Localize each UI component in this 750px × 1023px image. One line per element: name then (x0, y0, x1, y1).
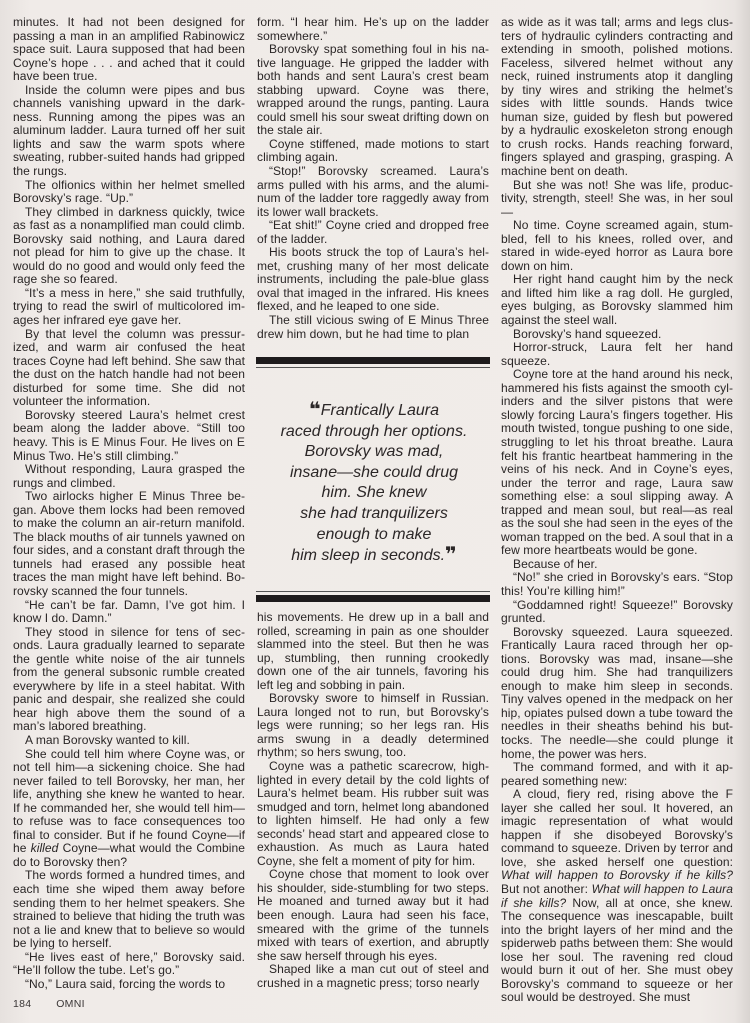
magazine-page: minutes. It had not been designed for pa… (0, 0, 750, 1023)
magazine-name: OMNI (56, 998, 85, 1010)
paragraph: “Eat shit!” Coyne cried and dropped free… (257, 219, 489, 246)
emphasis: killed (31, 841, 59, 855)
paragraph: Without responding, Laura grasped the ru… (13, 463, 245, 490)
paragraph: Two airlocks higher E Minus Three be­gan… (13, 490, 245, 598)
rule-thick (256, 595, 490, 602)
text-run: She could tell him where Coyne was, or n… (13, 747, 245, 856)
paragraph-with-italic: She could tell him where Coyne was, or n… (13, 748, 245, 870)
paragraph: “He lives east of here,” Borovsky said. … (13, 951, 245, 978)
rule-thin (256, 367, 490, 368)
paragraph: Coyne chose that moment to look over his… (257, 868, 489, 963)
page-folio: 184 OMNI (13, 998, 85, 1010)
paragraph: form. “I hear him. He’s up on the ladder… (257, 16, 489, 43)
paragraph: “No!” she cried in Borovsky’s ears. “Sto… (501, 571, 733, 598)
pull-quote-line: Borovsky was mad, (258, 442, 490, 463)
pull-quote-line: insane—she could drug (258, 463, 490, 484)
page-number: 184 (13, 998, 53, 1010)
paragraph: By that level the column was pressur­ize… (13, 328, 245, 409)
pull-quote-top-rule (256, 357, 490, 369)
rule-thin (256, 591, 490, 592)
paragraph: minutes. It had not been designed for pa… (13, 16, 245, 84)
paragraph: Because of her. (501, 558, 733, 572)
text-column-2: form. “I hear him. He’s up on the ladder… (257, 16, 489, 341)
paragraph: The olfionics within her helmet smelled … (13, 179, 245, 206)
paragraph: Borovsky’s hand squeezed. (501, 328, 733, 342)
paragraph: Borovsky spat something foul in his na­t… (257, 43, 489, 138)
paragraph: his movements. He drew up in a ball and … (257, 611, 489, 692)
paragraph: Horror-struck, Laura felt her hand squee… (501, 341, 733, 368)
paragraph: Inside the column were pipes and bus cha… (13, 84, 245, 179)
emphasis: What will happen to Borovsky if he kills… (501, 868, 733, 882)
paragraph: Coyne stiffened, made motions to start c… (257, 138, 489, 165)
paragraph: No time. Coyne screamed again, stum­bled… (501, 219, 733, 273)
text-column-1: minutes. It had not been designed for pa… (13, 16, 245, 991)
open-quote-icon: ❝ (309, 399, 321, 421)
pull-quote-line: him sleep in seconds.❞ (258, 545, 490, 567)
paragraph: Borovsky squeezed. Laura squeezed. Frant… (501, 626, 733, 761)
pull-quote-line: him. She knew (258, 483, 490, 504)
paragraph-with-italic: A cloud, fiery red, rising above the F l… (501, 788, 733, 1005)
paragraph: Her right hand caught him by the neck an… (501, 273, 733, 327)
pull-quote-line: raced through her options. (258, 422, 490, 443)
paragraph: Borovsky swore to himself in Russian. La… (257, 692, 489, 760)
paragraph: They climbed in darkness quickly, twice … (13, 206, 245, 287)
paragraph: His boots struck the top of Laura’s hel­… (257, 246, 489, 314)
paragraph: But she was not! She was life, produc­ti… (501, 179, 733, 220)
paragraph: The still vicious swing of E Minus Three… (257, 314, 489, 341)
pull-quote-line: ❝Frantically Laura (258, 400, 490, 422)
paragraph: A man Borovsky wanted to kill. (13, 734, 245, 748)
pull-quote-line: she had tranquilizers (258, 504, 490, 525)
pull-quote-text: Frantically Laura (321, 402, 439, 419)
paragraph: “No,” Laura said, forcing the words to (13, 978, 245, 992)
text-run: A cloud, fiery red, rising above the F l… (501, 787, 733, 869)
paragraph: They stood in silence for tens of sec­on… (13, 626, 245, 734)
paragraph: The command formed, and with it ap­peare… (501, 761, 733, 788)
text-run: But not another: (501, 882, 592, 896)
paragraph: “Stop!” Borovsky screamed. Laura’s arms … (257, 165, 489, 219)
pull-quote: ❝Frantically Laura raced through her opt… (258, 400, 490, 567)
paragraph: “Goddamned right! Squeeze!” Borov­sky gr… (501, 599, 733, 626)
paragraph: Coyne tore at the hand around his neck, … (501, 368, 733, 558)
rule-thick (256, 357, 490, 364)
paragraph: as wide as it was tall; arms and legs cl… (501, 16, 733, 179)
pull-quote-line: enough to make (258, 525, 490, 546)
text-column-3: as wide as it was tall; arms and legs cl… (501, 16, 733, 1005)
text-run: Now, all at once, she knew. The conseque… (501, 896, 733, 1005)
text-column-2-bottom: his movements. He drew up in a ball and … (257, 611, 489, 990)
paragraph: The words formed a hundred times, and ea… (13, 869, 245, 950)
paragraph: “It’s a mess in here,” she said truthful… (13, 287, 245, 328)
paragraph: Shaped like a man cut out of steel and c… (257, 963, 489, 990)
paragraph: “He can’t be far. Damn, I’ve got him. I … (13, 599, 245, 626)
close-quote-icon: ❞ (445, 544, 457, 566)
paragraph: Borovsky steered Laura’s helmet crest be… (13, 409, 245, 463)
pull-quote-bottom-rule (256, 591, 490, 603)
paragraph: Coyne was a pathetic scarecrow, high­lig… (257, 760, 489, 868)
pull-quote-text: him sleep in seconds. (291, 547, 445, 564)
